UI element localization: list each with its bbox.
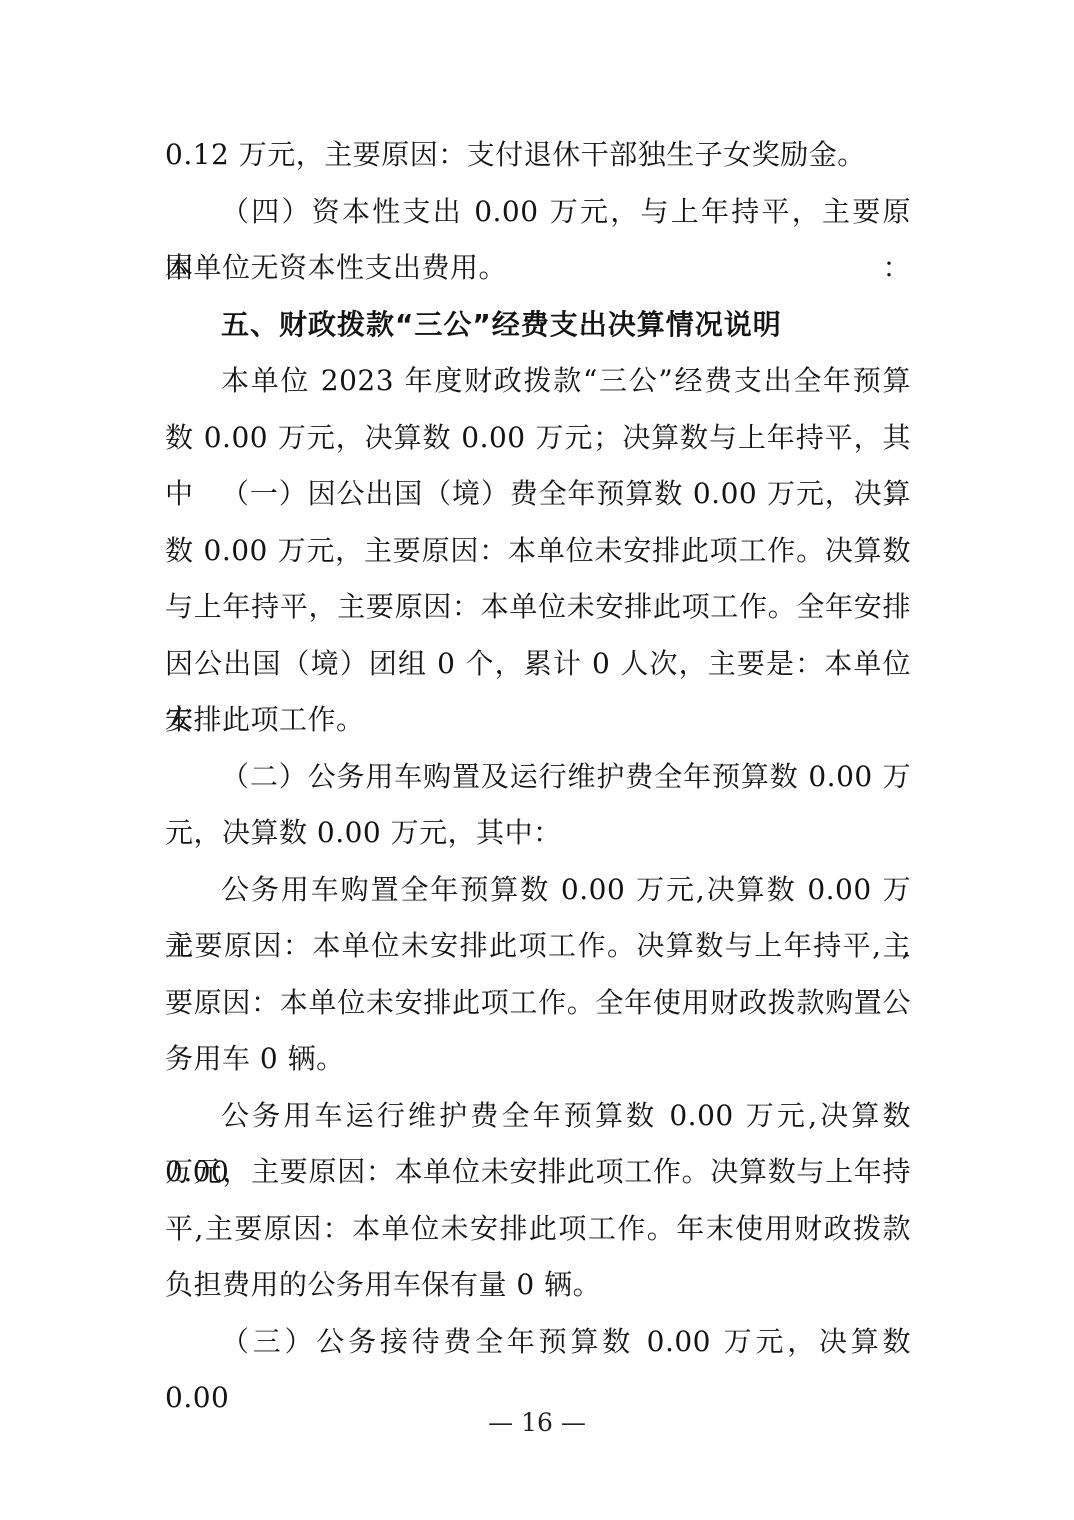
- text-line: 公务用车购置全年预算数 0.00 万元,决算数 0.00 万元,: [165, 862, 911, 919]
- text-line: （一）因公出国（境）费全年预算数 0.00 万元，决算: [165, 466, 911, 523]
- text-line: 负担费用的公务用车保有量 0 辆。: [165, 1257, 911, 1314]
- text-line: 主要原因：本单位未安排此项工作。决算数与上年持平,主: [165, 918, 911, 975]
- text-line: 0.12 万元，主要原因：支付退休干部独生子女奖励金。: [165, 127, 911, 184]
- text-line: 安排此项工作。: [165, 692, 911, 749]
- text-line: （四）资本性支出 0.00 万元，与上年持平，主要原因：: [165, 184, 911, 241]
- text-line: （三）公务接待费全年预算数 0.00 万元，决算数 0.00: [165, 1314, 911, 1371]
- text-line: 务用车 0 辆。: [165, 1031, 911, 1088]
- page-number: — 16 —: [0, 1408, 1074, 1437]
- text-line: 因公出国（境）团组 0 个，累计 0 人次，主要是：本单位未: [165, 636, 911, 693]
- text-line: 公务用车运行维护费全年预算数 0.00 万元,决算数 0.00: [165, 1088, 911, 1145]
- text-line: 平,主要原因：本单位未安排此项工作。年末使用财政拨款: [165, 1201, 911, 1258]
- document-content: 0.12 万元，主要原因：支付退休干部独生子女奖励金。 （四）资本性支出 0.0…: [165, 127, 911, 1370]
- document-page: 0.12 万元，主要原因：支付退休干部独生子女奖励金。 （四）资本性支出 0.0…: [0, 0, 1074, 1520]
- text-line: 数 0.00 万元，决算数 0.00 万元；决算数与上年持平，其中：: [165, 410, 911, 467]
- text-line: 数 0.00 万元，主要原因：本单位未安排此项工作。决算数: [165, 523, 911, 580]
- text-line: 元，决算数 0.00 万元，其中：: [165, 805, 911, 862]
- text-line: 要原因：本单位未安排此项工作。全年使用财政拨款购置公: [165, 975, 911, 1032]
- text-line: 万元，主要原因：本单位未安排此项工作。决算数与上年持: [165, 1144, 911, 1201]
- text-line: （二）公务用车购置及运行维护费全年预算数 0.00 万: [165, 749, 911, 806]
- text-line: 与上年持平，主要原因：本单位未安排此项工作。全年安排: [165, 579, 911, 636]
- section-heading: 五、财政拨款“三公”经费支出决算情况说明: [165, 297, 911, 354]
- text-line: 本单位 2023 年度财政拨款“三公”经费支出全年预算: [165, 353, 911, 410]
